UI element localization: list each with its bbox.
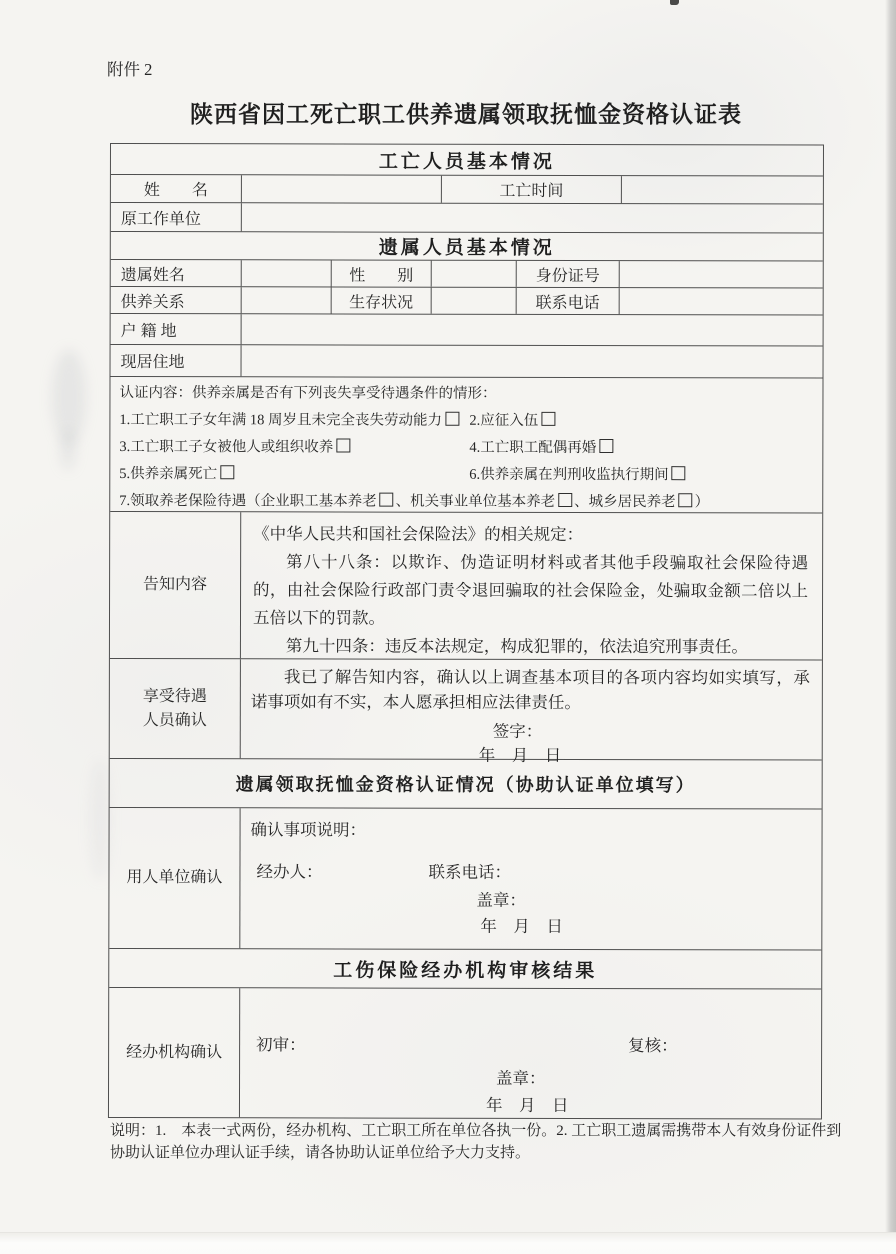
table-row: 户 籍 地: [111, 313, 823, 345]
signature-label: 签字：: [493, 718, 543, 742]
beneficiary-confirm-row: 享受待遇 人员确认 我已了解告知内容，确认以上调查基本项目的各项内容均如实填写，…: [110, 658, 822, 759]
scan-smudge: [60, 430, 76, 470]
form-table: 工亡人员基本情况 姓 名 工亡时间 原工作单位 遗属人员基本情况 遗属姓名 性 …: [108, 143, 824, 1119]
table-row: 现居住地: [111, 344, 823, 377]
scan-edge-bottom: [0, 1232, 896, 1254]
handler-label: 经办人：: [256, 858, 322, 882]
scan-edge-right: [885, 0, 896, 1254]
residence-value-cell: [241, 345, 823, 377]
certify-block: 认证内容：供养亲属是否有下列丧失享受待遇条件的情形： 1.工亡职工子女年满 18…: [110, 376, 822, 512]
registered-place-value-cell: [241, 314, 823, 345]
living-status-value-cell: [431, 288, 516, 314]
table-row: 原工作单位: [111, 202, 823, 232]
gender-label: 性 别: [331, 260, 431, 286]
first-review-label: 初审：: [256, 1031, 306, 1055]
checkbox-icon: [672, 466, 686, 480]
certify-item-4: 4.工亡职工配偶再婚: [469, 435, 615, 462]
scan-smudge: [90, 760, 110, 880]
section-header-survivor: 遗属人员基本情况: [111, 231, 823, 260]
date-line: 年 月 日: [486, 1092, 569, 1116]
gender-value-cell: [431, 261, 516, 287]
agency-confirm-label: 经办机构确认: [109, 988, 239, 1117]
checkbox-icon: [445, 412, 459, 426]
agency-confirm-row: 经办机构确认 初审： 复核： 盖章： 年 月 日: [109, 987, 821, 1118]
phone-value-cell: [619, 288, 823, 314]
certify-item-2: 2.应征入伍: [469, 408, 557, 435]
certify-item-6: 6.供养亲属在判刑收监执行期间: [469, 462, 687, 489]
death-time-value-cell: [621, 176, 823, 203]
table-row: 供养关系 生存状况 联系电话: [111, 286, 823, 314]
scan-mark: [670, 0, 679, 5]
living-status-label: 生存状况: [331, 287, 431, 313]
attachment-label: 附件 2: [107, 56, 152, 80]
date-line: 年 月 日: [479, 742, 562, 766]
checkbox-icon: [380, 493, 394, 507]
checkbox-icon: [541, 412, 555, 426]
certify-line-3: 5.供养亲属死亡 6.供养亲属在判刑收监执行期间: [119, 461, 812, 489]
seal-label: 盖章：: [476, 887, 526, 911]
deceased-name-value-cell: [241, 175, 441, 202]
survivor-name-label: 遗属姓名: [111, 260, 241, 286]
seal-label: 盖章：: [496, 1065, 546, 1089]
notice-content: 《中华人民共和国社会保险法》的相关规定： 第八十八条：以欺诈、伪造证明材料或者其…: [240, 512, 822, 659]
form-title: 陕西省因工死亡职工供养遗属领取抚恤金资格认证表: [110, 96, 822, 129]
registered-place-label: 户 籍 地: [111, 314, 241, 344]
relation-value-cell: [241, 287, 331, 313]
section-header-deceased-text: 工亡人员基本情况: [379, 146, 555, 173]
notice-label: 告知内容: [110, 512, 240, 658]
certify-intro: 认证内容：供养亲属是否有下列丧失享受待遇条件的情形：: [119, 380, 812, 408]
checkbox-icon: [558, 493, 572, 507]
checkbox-icon: [679, 493, 693, 507]
section-header-survivor-text: 遗属人员基本情况: [379, 233, 555, 260]
scanned-form-page: 附件 2 陕西省因工死亡职工供养遗属领取抚恤金资格认证表 工亡人员基本情况 姓 …: [0, 0, 896, 1254]
deceased-name-label: 姓 名: [111, 175, 241, 202]
table-row: 遗属姓名 性 别 身份证号: [111, 259, 823, 287]
section-header-deceased: 工亡人员基本情况: [111, 144, 823, 175]
second-review-label: 复核：: [628, 1032, 678, 1056]
checkbox-icon: [220, 465, 234, 479]
notice-paragraph-1: 《中华人民共和国社会保险法》的相关规定：: [253, 520, 808, 549]
employer-confirm-label: 用人单位确认: [109, 808, 239, 948]
checkbox-icon: [336, 438, 350, 452]
table-row: 姓 名 工亡时间: [111, 174, 823, 203]
phone-label: 联系电话: [516, 288, 619, 314]
section-header-review-text: 工伤保险经办机构审核结果: [333, 955, 597, 983]
section-header-assist-text: 遗属领取抚恤金资格认证情况（协助认证单位填写）: [236, 770, 696, 797]
notice-paragraph-2: 第八十八条：以欺诈、伪造证明材料或者其他手段骗取社会保险待遇的，由社会保险行政部…: [253, 548, 808, 633]
former-unit-value-cell: [241, 203, 823, 232]
id-number-value-cell: [619, 261, 823, 287]
residence-label: 现居住地: [111, 345, 241, 376]
survivor-name-value-cell: [241, 260, 331, 286]
date-line: 年 月 日: [480, 913, 563, 937]
section-header-assist: 遗属领取抚恤金资格认证情况（协助认证单位填写）: [110, 758, 822, 808]
beneficiary-confirm-label: 享受待遇 人员确认: [110, 659, 240, 758]
agency-confirm-content: 初审： 复核： 盖章： 年 月 日: [239, 988, 821, 1118]
certify-content: 认证内容：供养亲属是否有下列丧失享受待遇条件的情形： 1.工亡职工子女年满 18…: [110, 377, 822, 512]
certify-line-2: 3.工亡职工子女被他人或组织收养 4.工亡职工配偶再婚: [119, 434, 812, 462]
relation-label: 供养关系: [111, 287, 241, 313]
checkbox-icon: [599, 439, 613, 453]
death-time-label: 工亡时间: [441, 176, 621, 203]
confirm-note-label: 确认事项说明：: [251, 816, 367, 840]
employer-confirm-content: 确认事项说明： 经办人： 联系电话： 盖章： 年 月 日: [239, 808, 821, 949]
footnote: 说明：1. 本表一式两份，经办机构、工亡职工所在单位各执一份。2. 工亡职工遗属…: [110, 1121, 844, 1164]
id-number-label: 身份证号: [516, 261, 619, 287]
notice-row: 告知内容 《中华人民共和国社会保险法》的相关规定： 第八十八条：以欺诈、伪造证明…: [110, 511, 822, 659]
employer-confirm-row: 用人单位确认 确认事项说明： 经办人： 联系电话： 盖章： 年 月 日: [109, 807, 821, 949]
former-unit-label: 原工作单位: [111, 203, 241, 231]
beneficiary-confirm-content: 我已了解告知内容，确认以上调查基本项目的各项内容均如实填写，承诺事项如有不实，本…: [240, 659, 822, 759]
certify-line-1: 1.工亡职工子女年满 18 周岁且未完全丧失劳动能力 2.应征入伍: [119, 407, 812, 435]
notice-paragraph-3: 第九十四条：违反本法规定，构成犯罪的，依法追究刑事责任。: [253, 632, 808, 661]
contact-phone-label: 联系电话：: [428, 859, 511, 883]
section-header-review: 工伤保险经办机构审核结果: [109, 948, 821, 988]
confirm-statement: 我已了解告知内容，确认以上调查基本项目的各项内容均如实填写，承诺事项如有不实，本…: [241, 659, 822, 715]
